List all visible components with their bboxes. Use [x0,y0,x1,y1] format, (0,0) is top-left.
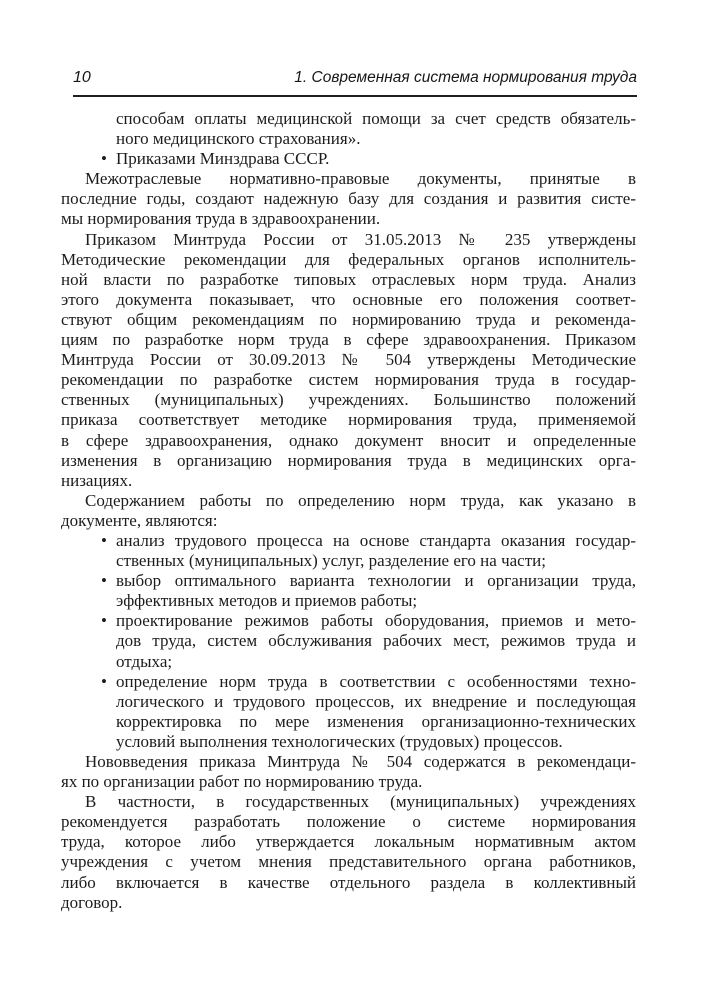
text-line: изменения в организацию нормирования тру… [61,451,636,471]
text-line: рекомендации по разработке систем нормир… [61,370,636,390]
text-line: ях по организации работ по нормированию … [61,772,636,792]
page-body: способам оплаты медицинской помощи за сч… [61,109,636,913]
bullet-marker-icon: • [101,672,107,692]
text-line: В частности, в государственных (муниципа… [61,792,636,812]
text-line: низациях. [61,471,636,491]
text-line: либо включается в качестве отдельного ра… [61,873,636,893]
text-line: этого документа показывает, что основные… [61,290,636,310]
text-line: выбор оптимального варианта технологии и… [116,571,636,591]
bullet-item-continuation: способам оплаты медицинской помощи за сч… [61,109,636,149]
text-line: определение норм труда в соответствии с … [116,672,636,692]
page-number: 10 [73,69,91,87]
bullet-marker-icon: • [101,571,107,591]
text-line: учреждения с учетом мнения представитель… [61,852,636,872]
text-line: анализ трудового процесса на основе стан… [116,531,636,551]
text-line: документе, являются: [61,511,636,531]
text-line: Содержанием работы по определению норм т… [61,491,636,511]
paragraph: Содержанием работы по определению норм т… [61,491,636,531]
bullet-item: •проектирование режимов работы оборудова… [61,611,636,671]
text-line: ного медицинского страхования». [116,129,636,149]
paragraph: В частности, в государственных (муниципа… [61,792,636,913]
text-line: Методические рекомендации для федеральны… [61,250,636,270]
text-line: Нововведения приказа Минтруда № 504 соде… [61,752,636,772]
text-line: Межотраслевые нормативно-правовые докуме… [61,169,636,189]
paragraph: Межотраслевые нормативно-правовые докуме… [61,169,636,229]
paragraph: Приказом Минтруда России от 31.05.2013 №… [61,230,636,491]
text-line: мы нормирования труда в здравоохранении. [61,209,636,229]
text-line: способам оплаты медицинской помощи за сч… [116,109,636,129]
bullet-item: •выбор оптимального варианта технологии … [61,571,636,611]
text-line: Приказами Минздрава СССР. [116,149,636,169]
text-line: Минтруда России от 30.09.2013 № 504 утве… [61,350,636,370]
text-line: условий выполнения технологических (труд… [116,732,636,752]
bullet-marker-icon: • [101,611,107,631]
text-line: логического и трудового процессов, их вн… [116,692,636,712]
header-rule [73,95,637,97]
text-line: ствуют общим рекомендациям по нормирован… [61,310,636,330]
bullet-marker-icon: • [101,149,107,169]
bullet-item: •определение норм труда в соответствии с… [61,672,636,752]
bullet-marker-icon: • [101,531,107,551]
bullet-item: •Приказами Минздрава СССР. [61,149,636,169]
text-line: последние годы, создают надежную базу дл… [61,189,636,209]
text-line: в сфере здравоохранения, однако документ… [61,431,636,451]
text-line: труда, которое либо утверждается локальн… [61,832,636,852]
text-line: рекомендуется разработать положение о си… [61,812,636,832]
running-title: 1. Современная система нормирования труд… [294,69,637,87]
text-line: циям по разработке норм труда в сфере зд… [61,330,636,350]
text-line: дов труда, систем обслуживания рабочих м… [116,631,636,651]
text-line: ственных (муниципальных) услуг, разделен… [116,551,636,571]
bullet-item: •анализ трудового процесса на основе ста… [61,531,636,571]
text-line: ной власти по разработке типовых отрасле… [61,270,636,290]
text-line: договор. [61,893,636,913]
text-line: отдыха; [116,652,636,672]
text-line: Приказом Минтруда России от 31.05.2013 №… [61,230,636,250]
text-line: проектирование режимов работы оборудован… [116,611,636,631]
text-line: корректировка по мере изменения организа… [116,712,636,732]
text-line: ственных (муниципальных) учреждениях. Бо… [61,390,636,410]
text-line: эффективных методов и приемов работы; [116,591,636,611]
page-header: 10 1. Современная система нормирования т… [73,69,637,87]
text-line: приказа соответствует методике нормирова… [61,410,636,430]
paragraph: Нововведения приказа Минтруда № 504 соде… [61,752,636,792]
